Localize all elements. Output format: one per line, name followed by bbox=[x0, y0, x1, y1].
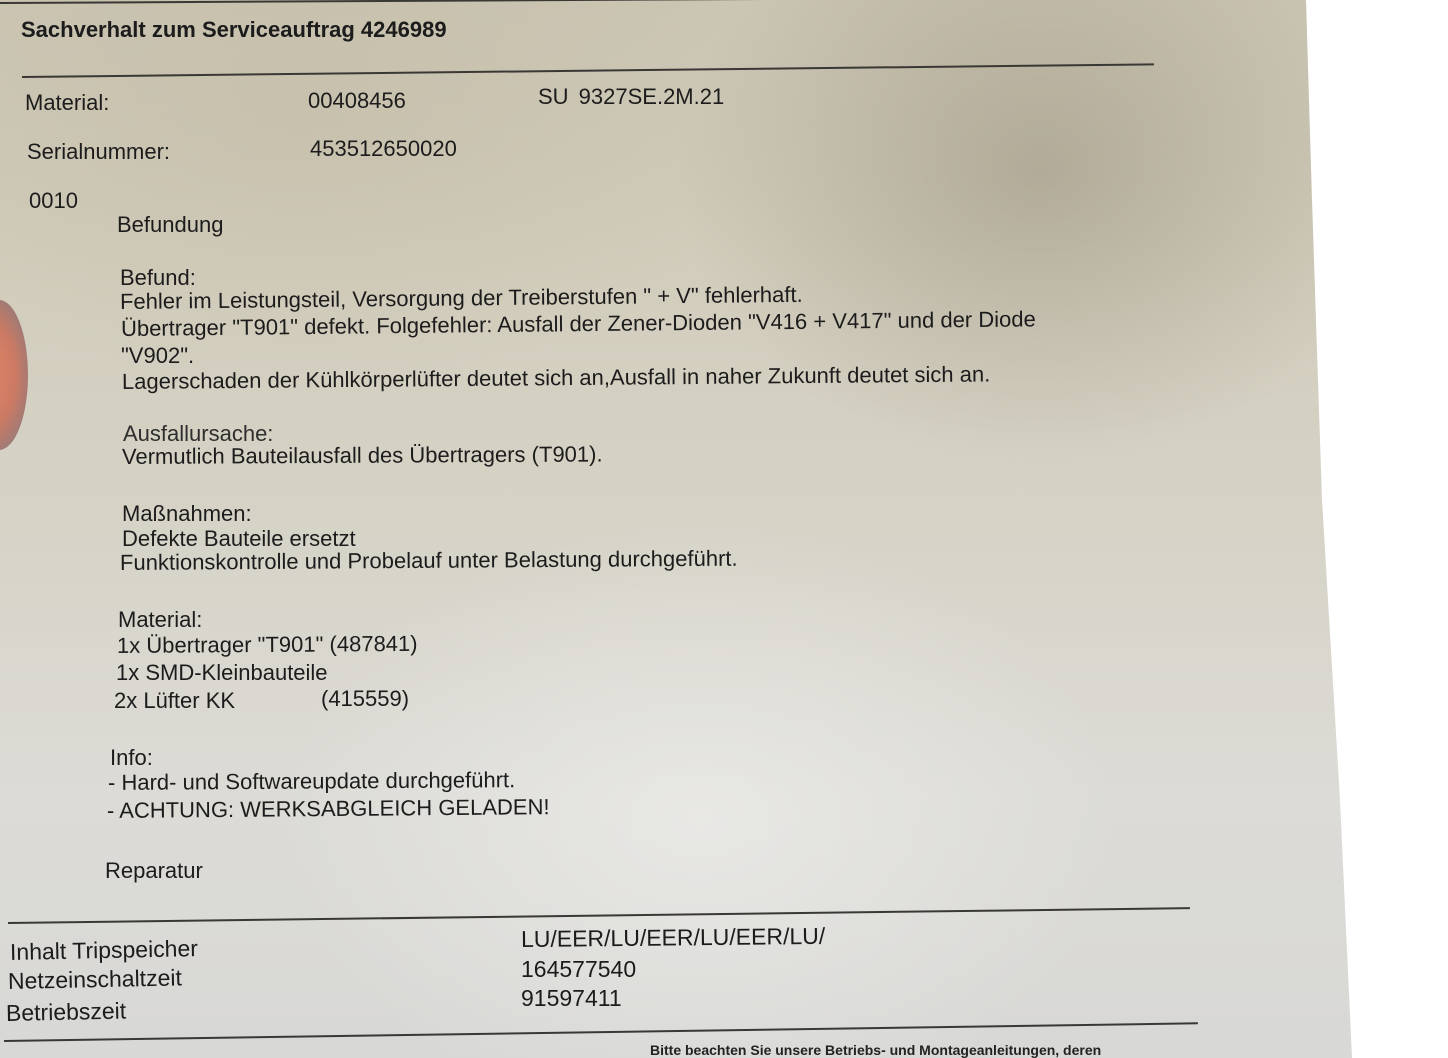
material-item-name: 2x Lüfter KK bbox=[114, 688, 235, 714]
position-heading: Befundung bbox=[117, 212, 223, 238]
info-line: - Hard- und Softwareupdate durchgeführt. bbox=[108, 767, 515, 796]
counter-value-tripspeicher: LU/EER/LU/EER/LU/EER/LU/ bbox=[521, 923, 825, 953]
befund-line: Lagerschaden der Kühlkörperlüfter deutet… bbox=[122, 361, 991, 395]
counter-label-betriebszeit: Betriebszeit bbox=[6, 997, 127, 1027]
title-divider bbox=[22, 63, 1154, 78]
material-item: 1x Übertrager "T901" (487841) bbox=[117, 631, 418, 659]
material-item: 1x SMD-Kleinbauteile bbox=[116, 660, 328, 686]
material-list-label: Material: bbox=[118, 607, 202, 633]
counter-label-tripspeicher: Inhalt Tripspeicher bbox=[10, 935, 198, 966]
page-title: Sachverhalt zum Serviceauftrag 4246989 bbox=[21, 17, 447, 43]
ausfallursache-line: Vermutlich Bauteilausfall des Übertrager… bbox=[122, 441, 603, 470]
massnahmen-line: Funktionskontrolle und Probelauf unter B… bbox=[120, 546, 738, 576]
befund-line: "V902". bbox=[121, 343, 194, 369]
info-line-warning: - ACHTUNG: WERKSABGLEICH GELADEN! bbox=[107, 794, 550, 824]
counters-divider-top bbox=[8, 907, 1190, 924]
footer-note: Bitte beachten Sie unsere Betriebs- und … bbox=[650, 1042, 1101, 1058]
serial-number: 453512650020 bbox=[310, 136, 457, 162]
material-number: 00408456 bbox=[308, 88, 406, 114]
info-label: Info: bbox=[110, 745, 153, 771]
counter-value-netzeinschaltzeit: 164577540 bbox=[521, 956, 636, 983]
counter-label-netzeinschaltzeit: Netzeinschaltzeit bbox=[8, 964, 182, 995]
counter-value-betriebszeit: 91597411 bbox=[521, 985, 622, 1012]
material-item-code: (415559) bbox=[321, 686, 409, 712]
status-text: Reparatur bbox=[105, 858, 203, 884]
top-rule bbox=[0, 0, 1300, 4]
massnahmen-label: Maßnahmen: bbox=[122, 501, 252, 527]
serial-label: Serialnummer: bbox=[27, 139, 170, 165]
orange-stain bbox=[0, 300, 28, 450]
position-number: 0010 bbox=[29, 188, 78, 214]
befund-label: Befund: bbox=[120, 265, 196, 291]
material-type: SU 9327SE.2M.21 bbox=[538, 84, 724, 110]
material-label: Material: bbox=[25, 90, 109, 116]
document-paper: Sachverhalt zum Serviceauftrag 4246989 M… bbox=[0, 0, 1360, 1058]
counters-divider-bottom bbox=[4, 1022, 1198, 1042]
